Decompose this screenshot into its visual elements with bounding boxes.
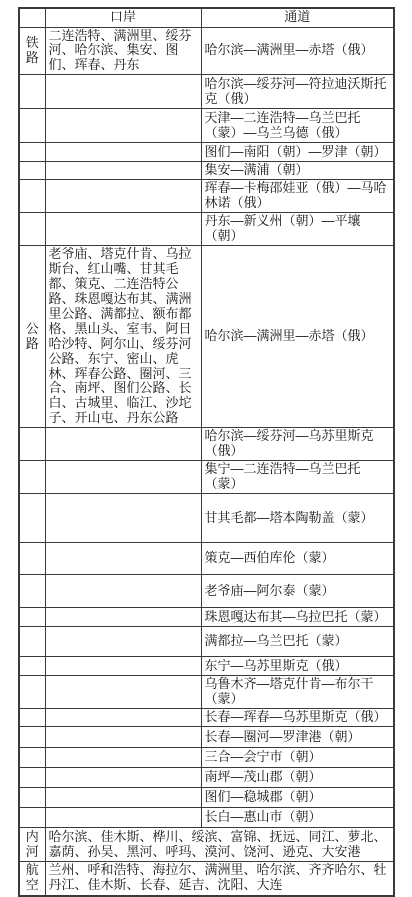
empty-cell xyxy=(45,75,201,109)
table-row: 长春—圈河—罗津港（朝） xyxy=(19,727,394,748)
table-row: 图们—南阳（朝）—罗津（朝） xyxy=(19,143,394,162)
channel-cell: 满都拉—乌兰巴托（蒙） xyxy=(201,627,394,657)
empty-cell xyxy=(45,657,201,676)
channel-cell: 老爷庙—阿尔泰（蒙） xyxy=(201,575,394,608)
empty-cell xyxy=(19,676,45,709)
table-row: 铁路 二连浩特、满洲里、绥芬河、哈尔滨、集安、图们、珲春、丹东 哈尔滨—满洲里—… xyxy=(19,27,394,75)
empty-cell xyxy=(45,608,201,627)
category-header-cell xyxy=(19,8,45,27)
category-cell-road: 公路 xyxy=(19,246,45,428)
empty-cell xyxy=(19,709,45,727)
channel-cell: 图们—南阳（朝）—罗津（朝） xyxy=(201,143,394,162)
empty-cell xyxy=(19,768,45,788)
category-cell-rail: 铁路 xyxy=(19,27,45,75)
empty-cell xyxy=(45,180,201,213)
table-row: 天津—二连浩特—乌兰巴托（蒙）—乌兰乌德（俄） xyxy=(19,109,394,143)
channel-cell: 南坪—茂山郡（朝） xyxy=(201,768,394,788)
empty-cell xyxy=(45,543,201,575)
category-cell-air: 航空 xyxy=(19,862,45,896)
empty-cell xyxy=(19,808,45,828)
empty-cell xyxy=(45,788,201,808)
channel-cell: 三合—会宁市（朝） xyxy=(201,748,394,768)
table-row: 公路 老爷庙、塔克什肯、乌拉斯台、红山嘴、甘其毛都、策克、二连浩特公路、珠恩嘎达… xyxy=(19,246,394,428)
empty-cell xyxy=(19,180,45,213)
channel-cell: 天津—二连浩特—乌兰巴托（蒙）—乌兰乌德（俄） xyxy=(201,109,394,143)
empty-cell xyxy=(45,461,201,494)
empty-cell xyxy=(45,143,201,162)
table-row: 满都拉—乌兰巴托（蒙） xyxy=(19,627,394,657)
channel-cell: 甘其毛都—塔本陶勒盖（蒙） xyxy=(201,494,394,543)
channel-cell: 哈尔滨—满洲里—赤塔（俄） xyxy=(201,27,394,75)
empty-cell xyxy=(19,748,45,768)
ports-cell-air: 兰州、呼和浩特、海拉尔、满洲里、哈尔滨、齐齐哈尔、牡丹江、佳木斯、长春、延吉、沈… xyxy=(45,862,394,896)
channel-cell: 东宁—乌苏里斯克（俄） xyxy=(201,657,394,676)
empty-cell xyxy=(19,162,45,180)
channel-header-cell: 通道 xyxy=(201,8,394,27)
table-row: 哈尔滨—绥芬河—符拉迪沃斯托克（俄） xyxy=(19,75,394,109)
empty-cell xyxy=(45,748,201,768)
ports-cell-rail: 二连浩特、满洲里、绥芬河、哈尔滨、集安、图们、珲春、丹东 xyxy=(45,27,201,75)
table-row: 珠恩嘎达布其—乌拉巴托（蒙） xyxy=(19,608,394,627)
empty-cell xyxy=(45,727,201,748)
page: 口岸 通道 铁路 二连浩特、满洲里、绥芬河、哈尔滨、集安、图们、珲春、丹东 哈尔… xyxy=(0,0,412,843)
table-row: 航空 兰州、呼和浩特、海拉尔、满洲里、哈尔滨、齐齐哈尔、牡丹江、佳木斯、长春、延… xyxy=(19,862,394,896)
table-row: 东宁—乌苏里斯克（俄） xyxy=(19,657,394,676)
empty-cell xyxy=(19,213,45,246)
channel-cell: 策克—西伯库伦（蒙） xyxy=(201,543,394,575)
table-row: 乌鲁木齐—塔克什肯—布尔干（蒙） xyxy=(19,676,394,709)
table-row: 长白—惠山市（朝） xyxy=(19,808,394,828)
table-row: 哈尔滨—绥芬河—乌苏里斯克（俄） xyxy=(19,428,394,461)
empty-cell xyxy=(45,808,201,828)
table-row: 珲春—卡梅邵娃亚（俄）—马哈林诺（俄） xyxy=(19,180,394,213)
channel-cell: 乌鲁木齐—塔克什肯—布尔干（蒙） xyxy=(201,676,394,709)
table-row: 甘其毛都—塔本陶勒盖（蒙） xyxy=(19,494,394,543)
table-row: 老爷庙—阿尔泰（蒙） xyxy=(19,575,394,608)
channel-cell: 长春—珲春—乌苏里斯克（俄） xyxy=(201,709,394,727)
table-row: 丹东—新义州（朝）—平壤（朝） xyxy=(19,213,394,246)
channel-cell: 珠恩嘎达布其—乌拉巴托（蒙） xyxy=(201,608,394,627)
channel-cell: 哈尔滨—满洲里—赤塔（俄） xyxy=(201,246,394,428)
category-cell-river: 内河 xyxy=(19,828,45,862)
empty-cell xyxy=(19,575,45,608)
channel-cell: 哈尔滨—绥芬河—乌苏里斯克（俄） xyxy=(201,428,394,461)
empty-cell xyxy=(45,709,201,727)
channel-cell: 集宁—二连浩特—乌兰巴托（蒙） xyxy=(201,461,394,494)
header-row: 口岸 通道 xyxy=(19,8,394,27)
ports-channels-table: 口岸 通道 铁路 二连浩特、满洲里、绥芬河、哈尔滨、集安、图们、珲春、丹东 哈尔… xyxy=(18,7,395,897)
table-row: 集宁—二连浩特—乌兰巴托（蒙） xyxy=(19,461,394,494)
empty-cell xyxy=(45,109,201,143)
empty-cell xyxy=(45,494,201,543)
channel-cell: 图们—稳城郡（朝） xyxy=(201,788,394,808)
table-row: 集安—满浦（朝） xyxy=(19,162,394,180)
table-row: 南坪—茂山郡（朝） xyxy=(19,768,394,788)
port-header-cell: 口岸 xyxy=(45,8,201,27)
table-row: 图们—稳城郡（朝） xyxy=(19,788,394,808)
empty-cell xyxy=(19,143,45,162)
empty-cell xyxy=(19,627,45,657)
channel-cell: 珲春—卡梅邵娃亚（俄）—马哈林诺（俄） xyxy=(201,180,394,213)
channel-cell: 集安—满浦（朝） xyxy=(201,162,394,180)
empty-cell xyxy=(19,727,45,748)
channel-cell: 丹东—新义州（朝）—平壤（朝） xyxy=(201,213,394,246)
ports-cell-road: 老爷庙、塔克什肯、乌拉斯台、红山嘴、甘其毛都、策克、二连浩特公路、珠恩嘎达布其、… xyxy=(45,246,201,428)
empty-cell xyxy=(45,162,201,180)
empty-cell xyxy=(45,575,201,608)
empty-cell xyxy=(45,768,201,788)
empty-cell xyxy=(19,788,45,808)
empty-cell xyxy=(19,608,45,627)
table-row: 策克—西伯库伦（蒙） xyxy=(19,543,394,575)
empty-cell xyxy=(19,461,45,494)
channel-cell: 长春—圈河—罗津港（朝） xyxy=(201,727,394,748)
empty-cell xyxy=(19,109,45,143)
empty-cell xyxy=(19,428,45,461)
table-row: 三合—会宁市（朝） xyxy=(19,748,394,768)
ports-cell-river: 哈尔滨、佳木斯、桦川、绥滨、富锦、抚远、同江、萝北、嘉荫、孙吴、黑河、呼玛、漠河… xyxy=(45,828,394,862)
empty-cell xyxy=(19,657,45,676)
empty-cell xyxy=(19,75,45,109)
table-row: 内河 哈尔滨、佳木斯、桦川、绥滨、富锦、抚远、同江、萝北、嘉荫、孙吴、黑河、呼玛… xyxy=(19,828,394,862)
empty-cell xyxy=(19,543,45,575)
table-row: 长春—珲春—乌苏里斯克（俄） xyxy=(19,709,394,727)
empty-cell xyxy=(45,676,201,709)
empty-cell xyxy=(45,627,201,657)
empty-cell xyxy=(45,428,201,461)
empty-cell xyxy=(19,494,45,543)
channel-cell: 长白—惠山市（朝） xyxy=(201,808,394,828)
channel-cell: 哈尔滨—绥芬河—符拉迪沃斯托克（俄） xyxy=(201,75,394,109)
empty-cell xyxy=(45,213,201,246)
